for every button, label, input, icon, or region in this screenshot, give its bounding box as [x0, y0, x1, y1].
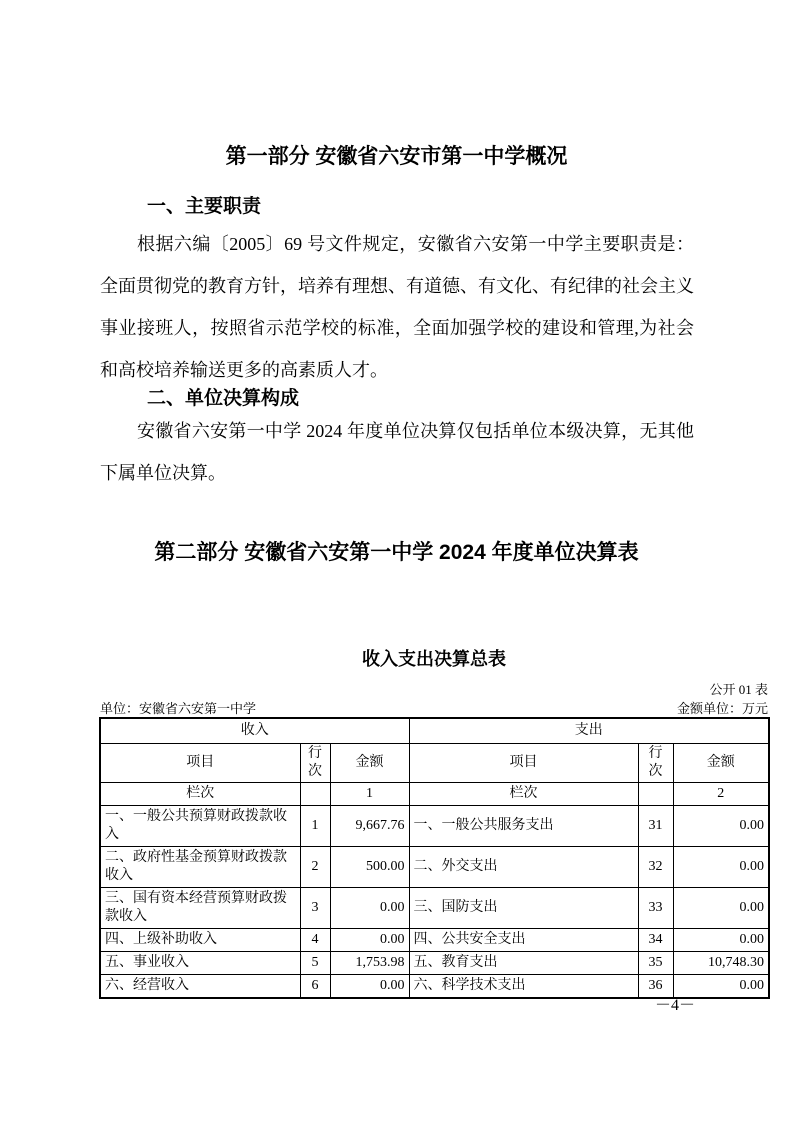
- expense-item-header: 项目: [409, 744, 638, 783]
- table-tag: 公开 01 表: [100, 679, 768, 698]
- expense-amount-header: 金额: [673, 744, 769, 783]
- table-row: 三、国有资本经营预算财政拨款收入 3 0.00 三、国防支出 33 0.00: [100, 888, 769, 929]
- page-number: －4－: [630, 992, 720, 1015]
- unit-label: 单位：安徽省六安第一中学: [100, 698, 256, 717]
- income-amount: 500.00: [330, 847, 409, 888]
- income-amount: 9,667.76: [330, 806, 409, 847]
- income-line: 2: [300, 847, 330, 888]
- income-item: 三、国有资本经营预算财政拨款收入: [100, 888, 300, 929]
- income-line: 6: [300, 975, 330, 999]
- table-group-header-row: 收入 支出: [100, 718, 769, 744]
- table-row: 五、事业收入 5 1,753.98 五、教育支出 35 10,748.30: [100, 952, 769, 975]
- income-amount: 0.00: [330, 975, 409, 999]
- expense-line: 33: [638, 888, 673, 929]
- expense-amount: 0.00: [673, 929, 769, 952]
- income-line: 3: [300, 888, 330, 929]
- expense-item: 二、外交支出: [409, 847, 638, 888]
- expense-index-label: 栏次: [409, 783, 638, 806]
- income-item: 一、一般公共预算财政拨款收入: [100, 806, 300, 847]
- expense-amount: 0.00: [673, 806, 769, 847]
- document-page: 第一部分 安徽省六安市第一中学概况 一、主要职责 根据六编〔2005〕69 号文…: [0, 0, 793, 1122]
- income-amount: 1,753.98: [330, 952, 409, 975]
- income-expense-summary-table: 收入 支出 项目 行次 金额 项目 行次 金额 栏次 1 栏次 2 一、一般公共…: [99, 717, 770, 999]
- income-item: 二、政府性基金预算财政拨款收入: [100, 847, 300, 888]
- income-amount-header: 金额: [330, 744, 409, 783]
- expense-item: 四、公共安全支出: [409, 929, 638, 952]
- income-line-header: 行次: [300, 744, 330, 783]
- expense-group-header: 支出: [409, 718, 769, 744]
- income-amount: 0.00: [330, 929, 409, 952]
- expense-amount: 0.00: [673, 847, 769, 888]
- table-row: 四、上级补助收入 4 0.00 四、公共安全支出 34 0.00: [100, 929, 769, 952]
- income-item: 五、事业收入: [100, 952, 300, 975]
- table-column-header-row: 项目 行次 金额 项目 行次 金额: [100, 744, 769, 783]
- income-col-index: 1: [330, 783, 409, 806]
- section2-paragraph: 安徽省六安第一中学 2024 年度单位决算仅包括单位本级决算，无其他下属单位决算…: [100, 410, 694, 494]
- table-row: 二、政府性基金预算财政拨款收入 2 500.00 二、外交支出 32 0.00: [100, 847, 769, 888]
- expense-item: 三、国防支出: [409, 888, 638, 929]
- table-row: 一、一般公共预算财政拨款收入 1 9,667.76 一、一般公共服务支出 31 …: [100, 806, 769, 847]
- section2-heading: 二、单位决算构成: [147, 383, 299, 410]
- expense-index-line: [638, 783, 673, 806]
- expense-col-index: 2: [673, 783, 769, 806]
- income-group-header: 收入: [100, 718, 409, 744]
- part2-title: 第二部分 安徽省六安第一中学 2024 年度单位决算表: [0, 536, 793, 566]
- income-line: 5: [300, 952, 330, 975]
- expense-item: 一、一般公共服务支出: [409, 806, 638, 847]
- income-item-header: 项目: [100, 744, 300, 783]
- income-index-label: 栏次: [100, 783, 300, 806]
- expense-item: 五、教育支出: [409, 952, 638, 975]
- expense-line: 34: [638, 929, 673, 952]
- expense-line-header: 行次: [638, 744, 673, 783]
- expense-line: 35: [638, 952, 673, 975]
- expense-line: 32: [638, 847, 673, 888]
- income-line: 4: [300, 929, 330, 952]
- expense-amount: 10,748.30: [673, 952, 769, 975]
- table-index-row: 栏次 1 栏次 2: [100, 783, 769, 806]
- expense-line: 31: [638, 806, 673, 847]
- expense-amount: 0.00: [673, 888, 769, 929]
- income-amount: 0.00: [330, 888, 409, 929]
- summary-table-title: 收入支出决算总表: [100, 645, 768, 671]
- section1-paragraph: 根据六编〔2005〕69 号文件规定，安徽省六安第一中学主要职责是：全面贯彻党的…: [100, 223, 694, 391]
- section1-heading: 一、主要职责: [147, 191, 261, 218]
- part1-title: 第一部分 安徽省六安市第一中学概况: [0, 140, 793, 170]
- income-item: 四、上级补助收入: [100, 929, 300, 952]
- income-item: 六、经营收入: [100, 975, 300, 999]
- amount-unit-label: 金额单位：万元: [677, 698, 768, 717]
- income-line: 1: [300, 806, 330, 847]
- expense-item: 六、科学技术支出: [409, 975, 638, 999]
- income-index-line: [300, 783, 330, 806]
